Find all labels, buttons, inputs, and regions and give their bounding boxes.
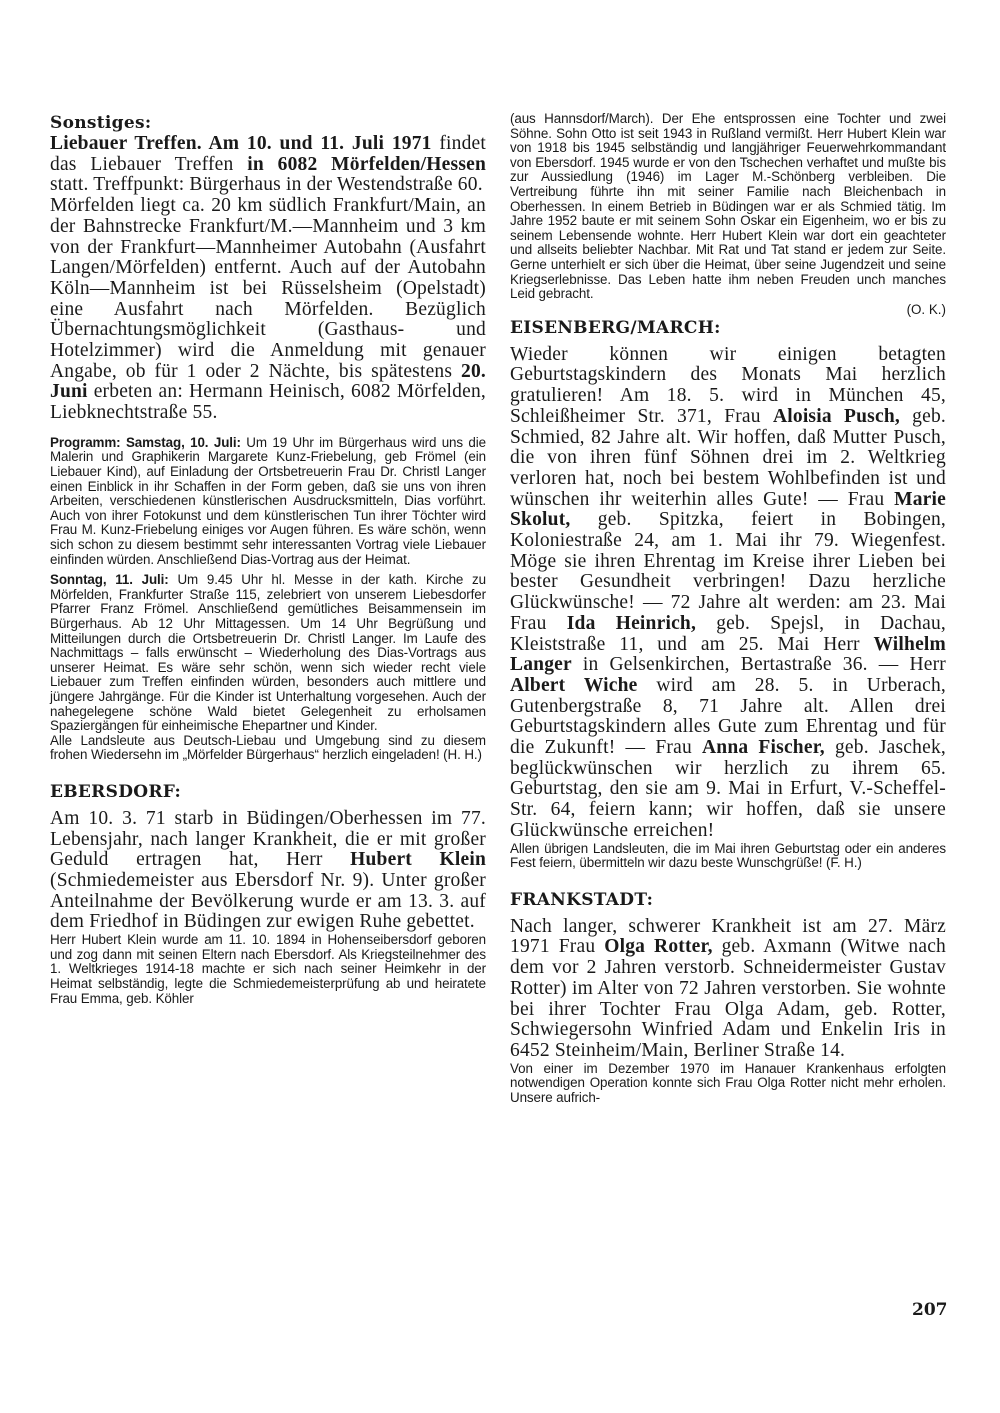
- frankstadt-detail: Von einer im Dezember 1970 im Hanauer Kr…: [510, 1062, 946, 1106]
- name-bold: Hubert Klein: [350, 849, 486, 870]
- ebersdorf-biography-continued: (aus Hannsdorf/March). Der Ehe entspross…: [510, 112, 946, 302]
- invitation-closing: Alle Landsleute aus Deutsch-Liebau und U…: [50, 734, 486, 763]
- ebersdorf-biography: Herr Hubert Klein wurde am 11. 10. 1894 …: [50, 933, 486, 1006]
- treffen-announcement: Liebauer Treffen. Am 10. und 11. Juli 19…: [50, 134, 486, 196]
- name-bold: Olga Rotter,: [604, 936, 712, 957]
- text-run: Um 9.45 Uhr hl. Messe in der kath. Kirch…: [50, 572, 486, 733]
- section-heading-eisenberg: EISENBERG/MARCH:: [510, 317, 946, 339]
- eisenberg-birthdays: Wieder können wir einigen betagten Gebur…: [510, 345, 946, 842]
- eisenberg-closing: Allen übrigen Landsleuten, die im Mai ih…: [510, 842, 946, 871]
- section-heading-ebersdorf: EBERSDORF:: [50, 781, 486, 803]
- text-run: Um 19 Uhr im Bürgerhaus wird uns die Mal…: [50, 435, 486, 567]
- name-bold: Albert Wiche: [510, 675, 638, 696]
- programm-saturday: Programm: Samstag, 10. Juli: Um 19 Uhr i…: [50, 436, 486, 567]
- text-run: statt. Treffpunkt: Bürgerhaus in der Wes…: [50, 174, 483, 195]
- text-run: (Schmiedemeister aus Ebersdorf Nr. 9). U…: [50, 870, 486, 932]
- document-page: Sonstiges: Liebauer Treffen. Am 10. und …: [0, 0, 1000, 1413]
- ebersdorf-obituary: Am 10. 3. 71 starb in Büdingen/Oberhesse…: [50, 809, 486, 933]
- section-heading-frankstadt: FRANKSTADT:: [510, 889, 946, 911]
- sonntag-lead: Sonntag, 11. Juli:: [50, 572, 169, 587]
- section-heading-sonstiges: Sonstiges:: [50, 112, 486, 134]
- name-bold: Ida Heinrich,: [567, 613, 696, 634]
- frankstadt-obituary: Nach langer, schwerer Krankheit ist am 2…: [510, 917, 946, 1062]
- text-run: in Gelsenkirchen, Bertastraße 36. — Herr: [572, 654, 946, 675]
- left-column: Sonstiges: Liebauer Treffen. Am 10. und …: [50, 112, 486, 1006]
- location-bold: in 6082 Mörfelden/Hessen: [247, 154, 486, 175]
- directions-paragraph: Mörfelden liegt ca. 20 km südlich Frankf…: [50, 196, 486, 424]
- text-run: Mörfelden liegt ca. 20 km südlich Frankf…: [50, 195, 486, 382]
- page-number: 207: [912, 1300, 948, 1320]
- treffen-lead: Liebauer Treffen. Am 10. und 11. Juli 19…: [50, 133, 432, 154]
- signature-ok: (O. K.): [510, 302, 946, 317]
- name-bold: Aloisia Pusch,: [773, 406, 900, 427]
- text-run: erbeten an: Hermann Heinisch, 6082 Mörfe…: [50, 381, 486, 423]
- name-bold: Anna Fischer,: [702, 737, 825, 758]
- programm-lead: Programm: Samstag, 10. Juli:: [50, 435, 241, 450]
- programm-sunday: Sonntag, 11. Juli: Um 9.45 Uhr hl. Messe…: [50, 573, 486, 734]
- right-column: (aus Hannsdorf/March). Der Ehe entspross…: [510, 112, 946, 1105]
